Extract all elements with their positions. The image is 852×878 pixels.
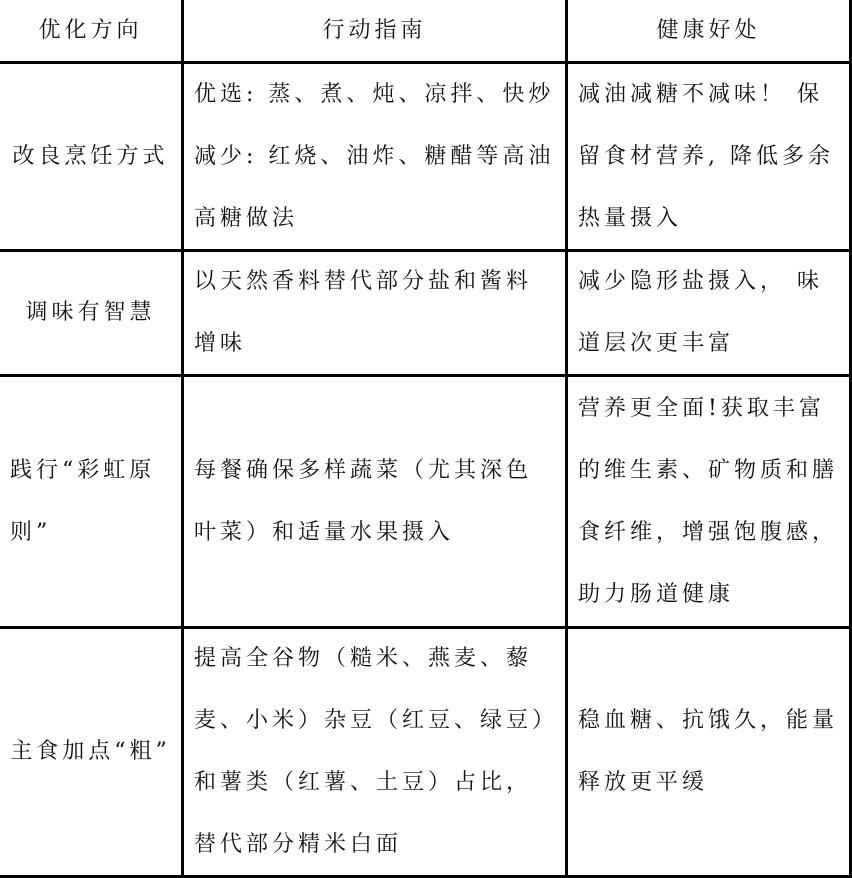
cell-text: 高糖做法 (194, 188, 298, 250)
row-2-benefit: 减少隐形盐摄入， 味 道层次更丰富 (578, 252, 849, 374)
cell-text: 践行“彩虹原 (10, 440, 155, 502)
header-label: 行动指南 (322, 0, 426, 62)
cell-text: 助力肠道健康 (578, 564, 734, 626)
column-divider-2 (565, 0, 568, 878)
cell-text: 替代部分精米白面 (194, 814, 402, 876)
row-4-direction: 主食加点“粗” (0, 629, 181, 875)
cell-text: 稳血糖、抗饿久，能量 (578, 690, 838, 752)
cell-text: 热量摄入 (578, 188, 682, 250)
cell-text: 营养更全面!获取丰富 (578, 378, 825, 440)
row-1-benefit: 减油减糖不减味！ 保 留食材营养, 降低多余 热量摄入 (578, 64, 849, 249)
cell-text: 道层次更丰富 (578, 313, 734, 375)
cell-text: 每餐确保多样蔬菜（尤其深色 (194, 440, 532, 502)
cell-text: 减油减糖不减味！ 保 (578, 64, 823, 126)
cell-text: 减少隐形盐摄入， 味 (578, 251, 823, 313)
cell-text: 提高全谷物（糙米、燕麦、藜 (194, 628, 532, 690)
row-2-guide: 以天然香料替代部分盐和酱料 增味 (194, 252, 565, 374)
header-guide: 行动指南 (184, 0, 565, 61)
cell-text: 减少: 红烧、油炸、糖醋等高油 (194, 126, 554, 188)
column-divider-1 (181, 0, 184, 878)
row-1-direction: 改良烹饪方式 (0, 64, 181, 249)
cell-text: 叶菜）和适量水果摄入 (194, 502, 454, 564)
cell-text: 的维生素、矿物质和膳 (578, 440, 838, 502)
cell-text: 以天然香料替代部分盐和酱料 (194, 251, 532, 313)
cell-text: 主食加点“粗” (10, 721, 171, 783)
cell-text: 麦、小米）杂豆（红豆、绿豆） (194, 690, 558, 752)
row-3-benefit: 营养更全面!获取丰富 的维生素、矿物质和膳 食纤维，增强饱腹感， 助力肠道健康 (578, 377, 849, 626)
row-3-direction: 践行“彩虹原 则” (10, 377, 181, 626)
cell-text: 增味 (194, 313, 246, 375)
diet-optimization-table: 优化方向 行动指南 健康好处 改良烹饪方式 优选: 蒸、煮、炖、凉拌、快炒 减少… (0, 0, 852, 878)
cell-text: 改良烹饪方式 (12, 126, 168, 188)
cell-text: 释放更平缓 (578, 752, 708, 814)
header-label: 健康好处 (656, 0, 760, 62)
header-label: 优化方向 (38, 0, 142, 62)
row-3-guide: 每餐确保多样蔬菜（尤其深色 叶菜）和适量水果摄入 (194, 377, 565, 626)
row-1-guide: 优选: 蒸、煮、炖、凉拌、快炒 减少: 红烧、油炸、糖醋等高油 高糖做法 (194, 64, 565, 249)
cell-text: 食纤维，增强饱腹感， (578, 502, 838, 564)
cell-text: 和薯类（红薯、土豆）占比， (194, 752, 532, 814)
row-4-guide: 提高全谷物（糙米、燕麦、藜 麦、小米）杂豆（红豆、绿豆） 和薯类（红薯、土豆）占… (194, 629, 565, 875)
row-4-benefit: 稳血糖、抗饿久，能量 释放更平缓 (578, 629, 849, 875)
cell-text: 留食材营养, 降低多余 (578, 126, 834, 188)
header-direction: 优化方向 (0, 0, 181, 61)
cell-text: 优选: 蒸、煮、炖、凉拌、快炒 (194, 64, 554, 126)
cell-text: 调味有智慧 (25, 282, 155, 344)
cell-text: 则” (10, 502, 51, 564)
header-benefit: 健康好处 (568, 0, 849, 61)
row-2-direction: 调味有智慧 (0, 252, 181, 374)
